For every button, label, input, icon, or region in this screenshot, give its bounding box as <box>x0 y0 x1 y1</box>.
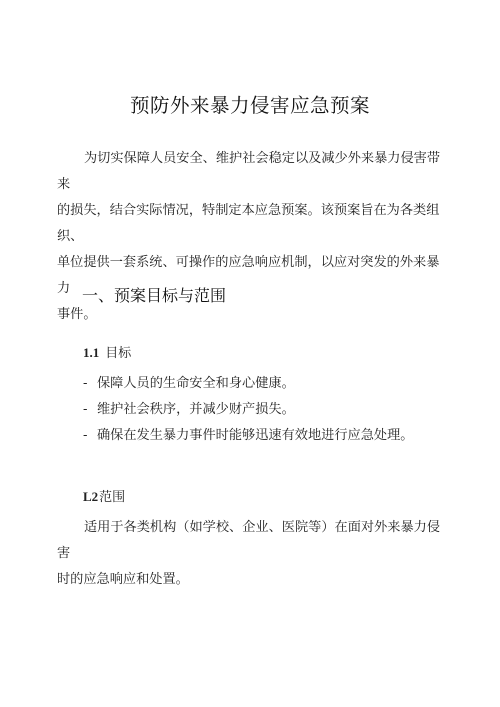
goals-list: -保障人员的生命安全和身心健康。 -维护社会秩序，并减少财产损失。 -确保在发生… <box>83 371 463 449</box>
list-item-text: 确保在发生暴力事件时能够迅速有效地进行应急处理。 <box>97 428 414 443</box>
bullet-marker: - <box>83 397 97 423</box>
list-item-text: 保障人员的生命安全和身心健康。 <box>97 376 295 391</box>
intro-line-2: 的损失，结合实际情况，特制定本应急预案。该预案旨在为各类组织、 <box>57 198 447 250</box>
subsection-number: 1.1 <box>83 345 99 360</box>
scope-line-2: 时的应急响应和处置。 <box>57 567 447 593</box>
document-page: 预防外来暴力侵害应急预案 为切实保障人员安全、维护社会稳定以及减少外来暴力侵害带… <box>0 0 500 707</box>
document-title: 预防外来暴力侵害应急预案 <box>0 90 500 118</box>
list-item-text: 维护社会秩序，并减少财产损失。 <box>97 402 295 417</box>
scope-line-1: 适用于各类机构（如学校、企业、医院等）在面对外来暴力侵害 <box>57 515 447 567</box>
subsection-label: 范围 <box>99 489 125 504</box>
subsection-heading-1-1: 1.1目标 <box>83 342 131 361</box>
scope-line-1-text: 适用于各类机构（如学校、企业、医院等）在面对外来暴力侵害 <box>57 520 440 561</box>
bullet-marker: - <box>83 423 97 449</box>
section-heading-1: 一、预案目标与范围 <box>82 283 226 306</box>
subsection-heading-1-2: L2范围 <box>83 486 125 505</box>
subsection-label: 目标 <box>105 345 131 360</box>
scope-paragraph: 适用于各类机构（如学校、企业、医院等）在面对外来暴力侵害 时的应急响应和处置。 <box>57 515 447 593</box>
intro-line-1: 为切实保障人员安全、维护社会稳定以及减少外来暴力侵害带来 <box>57 146 447 198</box>
subsection-number: L2 <box>83 489 98 504</box>
intro-line-1-text: 为切实保障人员安全、维护社会稳定以及减少外来暴力侵害带来 <box>57 151 440 192</box>
list-item: -保障人员的生命安全和身心健康。 <box>83 371 463 397</box>
list-item: -确保在发生暴力事件时能够迅速有效地进行应急处理。 <box>83 423 463 449</box>
bullet-marker: - <box>83 371 97 397</box>
list-item: -维护社会秩序，并减少财产损失。 <box>83 397 463 423</box>
